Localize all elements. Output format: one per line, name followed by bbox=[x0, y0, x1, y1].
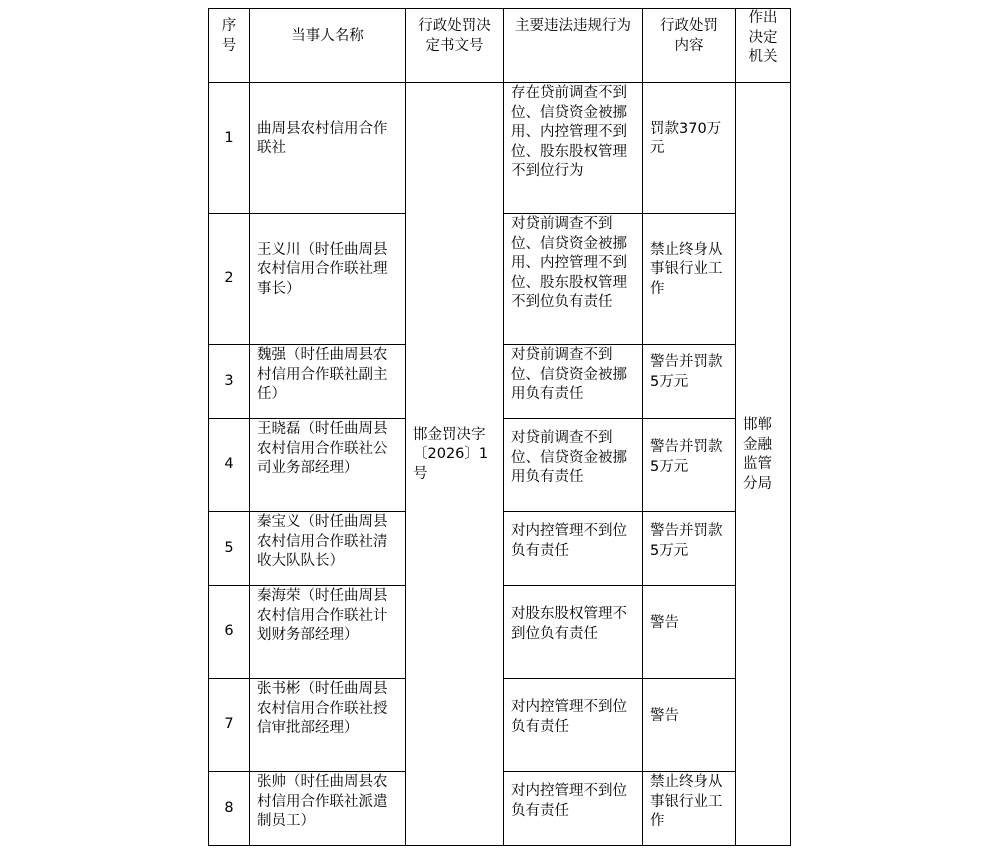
row-index: 5 bbox=[209, 512, 250, 586]
row-violation: 对贷前调查不到位、信贷资金被挪用负有责任 bbox=[504, 419, 643, 512]
row-penalty: 警告 bbox=[643, 586, 736, 679]
header-violation: 主要违法违规行为 bbox=[504, 9, 643, 83]
row-penalty: 禁止终身从事银行业工作 bbox=[643, 772, 736, 846]
row-violation: 对贷前调查不到位、信贷资金被挪用、内控管理不到位、股东股权管理不到位负有责任 bbox=[504, 214, 643, 345]
row-index: 7 bbox=[209, 679, 250, 772]
header-penalty: 行政处罚内容 bbox=[643, 9, 736, 83]
row-party: 秦宝义（时任曲周县农村信用合作联社清收大队队长） bbox=[250, 512, 406, 586]
row-index: 3 bbox=[209, 345, 250, 419]
row-party: 王义川（时任曲周县农村信用合作联社理事长） bbox=[250, 214, 406, 345]
row-violation: 对贷前调查不到位、信贷资金被挪用负有责任 bbox=[504, 345, 643, 419]
header-row: 序号 当事人名称 行政处罚决定书文号 主要违法违规行为 行政处罚内容 作出决定机… bbox=[209, 9, 791, 83]
row-violation: 对内控管理不到位负有责任 bbox=[504, 772, 643, 846]
row-violation: 对内控管理不到位负有责任 bbox=[504, 679, 643, 772]
header-party: 当事人名称 bbox=[250, 9, 406, 83]
row-index: 2 bbox=[209, 214, 250, 345]
row-party: 张书彬（时任曲周县农村信用合作联社授信审批部经理） bbox=[250, 679, 406, 772]
row-index: 6 bbox=[209, 586, 250, 679]
row-penalty: 警告并罚款5万元 bbox=[643, 512, 736, 586]
row-party: 张帅（时任曲周县农村信用合作联社派遣制员工） bbox=[250, 772, 406, 846]
header-document-no: 行政处罚决定书文号 bbox=[406, 9, 504, 83]
row-penalty: 警告并罚款5万元 bbox=[643, 419, 736, 512]
table-row: 1 曲周县农村信用合作联社 邯金罚决字〔2026〕1号 存在贷前调查不到位、信贷… bbox=[209, 83, 791, 214]
row-violation: 对内控管理不到位负有责任 bbox=[504, 512, 643, 586]
row-index: 1 bbox=[209, 83, 250, 214]
header-authority: 作出决定机关 bbox=[736, 9, 791, 83]
row-party: 秦海荣（时任曲周县农村信用合作联社计划财务部经理） bbox=[250, 586, 406, 679]
row-party: 王晓磊（时任曲周县农村信用合作联社公司业务部经理） bbox=[250, 419, 406, 512]
authority-cell: 邯郸金融监管分局 bbox=[736, 83, 791, 846]
row-violation: 存在贷前调查不到位、信贷资金被挪用、内控管理不到位、股东股权管理不到位行为 bbox=[504, 83, 643, 214]
row-index: 8 bbox=[209, 772, 250, 846]
row-party: 魏强（时任曲周县农村信用合作联社副主任） bbox=[250, 345, 406, 419]
row-penalty: 罚款370万元 bbox=[643, 83, 736, 214]
row-index: 4 bbox=[209, 419, 250, 512]
row-penalty: 禁止终身从事银行业工作 bbox=[643, 214, 736, 345]
row-penalty: 警告 bbox=[643, 679, 736, 772]
row-violation: 对股东股权管理不到位负有责任 bbox=[504, 586, 643, 679]
row-penalty: 警告并罚款5万元 bbox=[643, 345, 736, 419]
penalty-table: 序号 当事人名称 行政处罚决定书文号 主要违法违规行为 行政处罚内容 作出决定机… bbox=[208, 8, 791, 846]
row-party: 曲周县农村信用合作联社 bbox=[250, 83, 406, 214]
header-index: 序号 bbox=[209, 9, 250, 83]
document-number-cell: 邯金罚决字〔2026〕1号 bbox=[406, 83, 504, 846]
